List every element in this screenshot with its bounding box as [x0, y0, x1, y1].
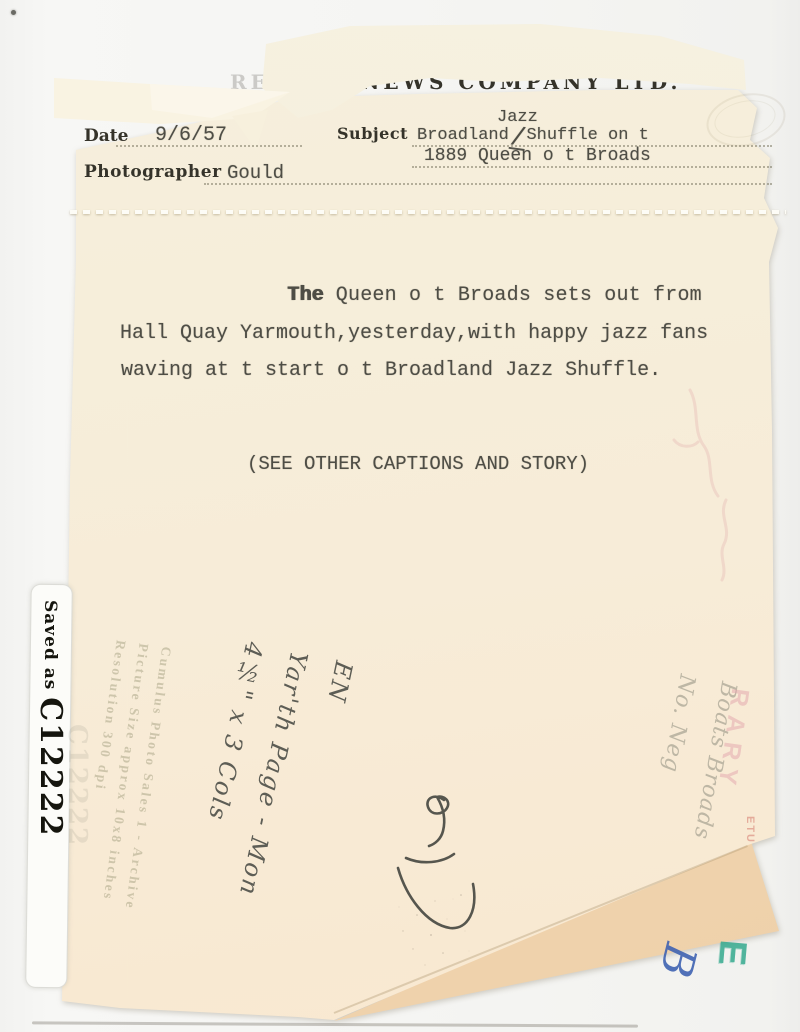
saved-as-text: Saved as: [40, 600, 60, 697]
photographer-label: Photographer: [84, 162, 222, 182]
perforation-stitch-line: [70, 210, 786, 214]
subject-label: Subject: [337, 124, 408, 143]
caption-line-1-rest: Queen o t Broads sets out from: [324, 284, 702, 307]
subject-dotted-line-2: [412, 166, 772, 168]
scan-corner-dot: [11, 10, 16, 15]
subject-before-slash: Broadland: [417, 126, 509, 146]
subject-line-2: 1889 Queen o t Broads: [424, 146, 651, 166]
scanned-photo-back: { "colors": { "paper_cream": "#f6efdc", …: [0, 0, 800, 1032]
caption-line-2: Hall Quay Yarmouth,yesterday,with happy …: [120, 322, 708, 345]
see-other-captions-note: (SEE OTHER CAPTIONS AND STORY): [247, 453, 589, 475]
subject-after-slash: Shuffle on t: [526, 126, 648, 146]
red-stamp-fragment: ETU: [744, 816, 756, 844]
no-neg-annotation: No. Neg: [658, 672, 700, 774]
date-label: Date: [84, 126, 128, 146]
date-value: 9/6/57: [155, 124, 227, 147]
caption-overstruck-word: The: [287, 284, 324, 307]
photographer-value: Gould: [227, 162, 284, 184]
pencil-scrawl-87: [386, 782, 516, 942]
caption-line-3: waving at t start o t Broadland Jazz Shu…: [121, 359, 661, 382]
caption-line-1: The Queen o t Broads sets out from: [287, 284, 702, 307]
pencil-line-en: EN: [322, 658, 358, 705]
photographer-dotted-line: [204, 183, 772, 185]
stamp-e: E: [709, 938, 754, 967]
file-number-ghost: C12222: [62, 724, 92, 847]
faint-pink-marks: [630, 380, 790, 630]
subject-line-1: Broadland/Shuffle on t: [417, 126, 649, 148]
